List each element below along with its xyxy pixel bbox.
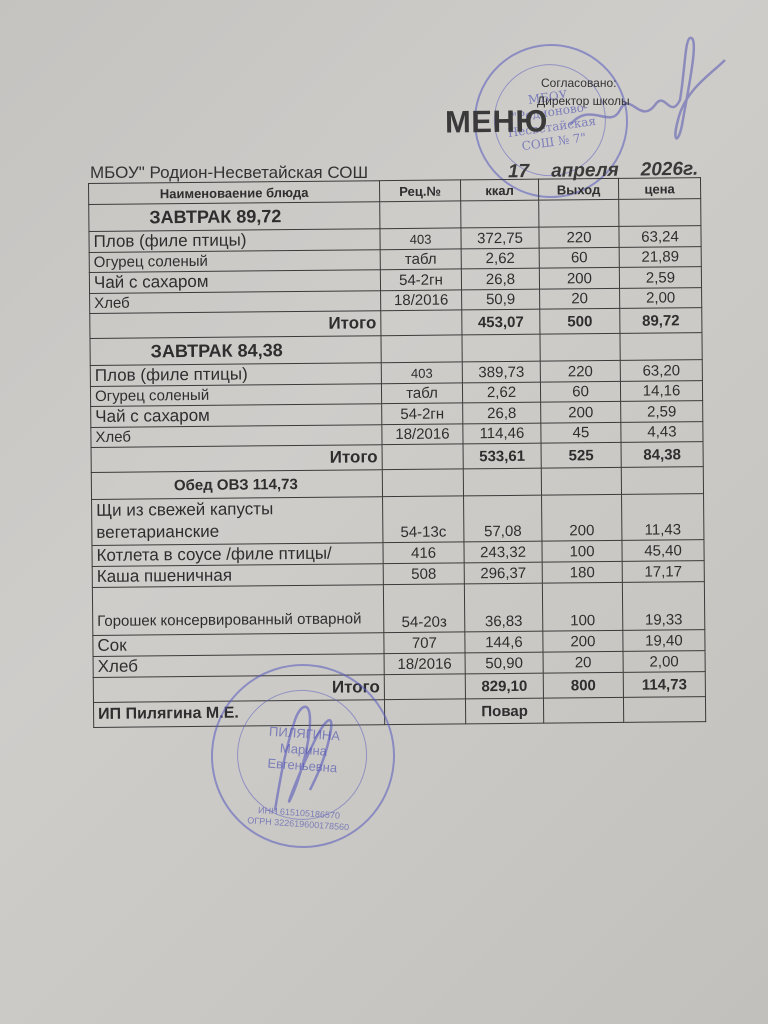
recipe-number: табл (381, 383, 462, 404)
price-value: 4,43 (621, 422, 703, 443)
recipe-number: 403 (380, 228, 461, 250)
output-value: 100 (542, 540, 622, 562)
empty-cell (541, 467, 621, 495)
stamp-inn: ИНН 615105186570 (209, 802, 389, 826)
price-value: 21,89 (619, 247, 701, 268)
empty-cell (461, 200, 539, 228)
empty-cell (382, 444, 463, 470)
kcal-value: 389,73 (462, 361, 540, 383)
total-output: 525 (541, 442, 621, 468)
stamp-line: Евгеньевна (212, 752, 393, 781)
entrepreneur-name: ИП Пилягина М.Е. (93, 700, 384, 728)
total-label: Итого (91, 445, 382, 473)
price-value: 2,00 (623, 651, 705, 673)
kcal-value: 243,32 (464, 541, 542, 563)
recipe-number: табл (380, 249, 461, 270)
output-value: 200 (542, 494, 622, 541)
menu-document: МБОУ "Родионово- Несветайская СОШ № 7" С… (0, 0, 768, 1024)
output-value: 200 (543, 630, 623, 652)
output-value: 60 (540, 381, 620, 402)
price-value: 63,24 (619, 226, 701, 248)
kcal-value: 144,6 (465, 631, 543, 653)
kcal-value: 114,46 (463, 423, 541, 444)
page-title: МЕНЮ (445, 103, 548, 140)
empty-cell (620, 333, 702, 361)
recipe-number: 416 (383, 542, 464, 564)
recipe-number: 18/2016 (384, 653, 465, 675)
total-label: Итого (90, 311, 381, 339)
footer-row: ИП Пилягина М.Е.Повар (93, 697, 705, 728)
empty-cell (623, 697, 705, 723)
kcal-value: 372,75 (461, 227, 539, 249)
dish-name: Плов (филе птицы) (90, 363, 381, 387)
recipe-number: 403 (381, 362, 462, 384)
output-value: 60 (539, 247, 619, 268)
empty-cell (381, 310, 462, 336)
dish-name: Огурец соленый (90, 384, 381, 407)
empty-cell (381, 335, 462, 363)
dish-name: Огурец соленый (89, 250, 380, 273)
approval-block: Согласовано: Директор школы (541, 74, 630, 110)
col-header-name: Наименоваение блюда (89, 181, 380, 205)
empty-cell (539, 199, 619, 227)
price-value: 45,40 (622, 540, 704, 562)
dish-name: Чай с сахаром (89, 270, 380, 294)
col-header-price: цена (618, 178, 700, 200)
dish-name: Каша пшеничная (92, 564, 383, 588)
recipe-number: 18/2016 (381, 290, 462, 311)
section-title: ЗАВТРАК 84,38 (90, 336, 381, 366)
empty-cell (382, 469, 463, 497)
col-header-output: Выход (538, 178, 618, 200)
output-value: 20 (543, 651, 623, 673)
menu-table-body: ЗАВТРАК 89,72Плов (филе птицы)403372,752… (89, 199, 706, 728)
dish-name: Хлеб (90, 291, 381, 314)
dish-name: Хлеб (91, 425, 382, 448)
total-price: 114,73 (623, 672, 705, 698)
price-value: 19,40 (623, 630, 705, 652)
price-value: 19,33 (622, 582, 704, 631)
ip-stamp-ids: ИНН 615105186570 ОГРН 322619600178560 (208, 802, 389, 837)
recipe-number: 54-2гн (380, 269, 461, 291)
menu-table: Наименоваение блюда Рец.№ ккал Выход цен… (88, 177, 706, 728)
kcal-value: 50,9 (462, 289, 540, 310)
output-value: 200 (539, 267, 619, 289)
output-value: 100 (542, 582, 622, 631)
kcal-value: 36,83 (464, 583, 542, 632)
recipe-number: 18/2016 (382, 424, 463, 445)
dish-name: Сок (93, 633, 384, 657)
price-value: 63,20 (620, 360, 702, 382)
price-value: 2,59 (621, 401, 703, 423)
kcal-value: 296,37 (464, 562, 542, 584)
output-value: 220 (539, 226, 619, 248)
table-row: Горошек консервированный отварной54-20з3… (92, 582, 704, 636)
empty-cell (462, 334, 540, 362)
price-value: 14,16 (620, 381, 702, 402)
price-value: 2,59 (619, 267, 701, 289)
output-value: 45 (541, 422, 621, 443)
recipe-number: 54-2гн (382, 403, 463, 425)
empty-cell (540, 333, 620, 361)
empty-cell (621, 467, 703, 495)
output-value: 200 (541, 401, 621, 423)
role-label: Повар (465, 698, 543, 724)
dish-name: Чай с сахаром (91, 404, 382, 428)
kcal-value: 57,08 (464, 495, 542, 542)
col-header-recipe: Рец.№ (379, 180, 460, 202)
empty-cell (384, 699, 465, 725)
price-value: 11,43 (622, 494, 704, 541)
total-kcal: 829,10 (465, 673, 543, 699)
recipe-number: 508 (383, 563, 464, 585)
total-output: 800 (543, 672, 623, 698)
output-value: 180 (542, 561, 622, 583)
stamp-line: Марина (213, 736, 394, 765)
total-label: Итого (93, 675, 384, 703)
empty-cell (619, 199, 701, 227)
stamp-ogrn: ОГРН 322619600178560 (208, 813, 388, 837)
empty-cell (543, 697, 623, 723)
empty-cell (380, 201, 461, 229)
output-value: 20 (540, 288, 620, 309)
empty-cell (463, 468, 541, 496)
dish-name: Хлеб (93, 654, 384, 678)
empty-cell (384, 674, 465, 700)
price-value: 2,00 (620, 288, 702, 309)
ip-stamp-text: ПИЛЯГИНА Марина Евгеньевна (212, 720, 395, 780)
approval-director-label: Директор школы (537, 92, 630, 110)
dish-name: Щи из свежей капусты вегетарианские (92, 497, 383, 546)
price-value: 17,17 (622, 561, 704, 583)
total-price: 89,72 (620, 308, 702, 334)
dish-name: Плов (филе птицы) (89, 229, 380, 253)
kcal-value: 2,62 (462, 382, 540, 403)
approval-label: Согласовано: (541, 74, 630, 92)
kcal-value: 26,8 (461, 268, 539, 290)
total-output: 500 (540, 308, 620, 334)
dish-name: Горошек консервированный отварной (92, 585, 383, 636)
section-title: Обед ОВЗ 114,73 (91, 470, 382, 500)
section-title: ЗАВТРАК 89,72 (89, 202, 380, 232)
output-value: 220 (540, 360, 620, 382)
table-row: Щи из свежей капусты вегетарианские54-13… (92, 494, 704, 546)
kcal-value: 50,90 (465, 652, 543, 674)
recipe-number: 54-13с (383, 496, 464, 543)
col-header-kcal: ккал (460, 179, 538, 201)
dish-name: Котлета в соусе /филе птицы/ (92, 543, 383, 567)
recipe-number: 54-20з (383, 584, 464, 633)
kcal-value: 2,62 (461, 248, 539, 269)
total-price: 84,38 (621, 442, 703, 468)
total-kcal: 453,07 (462, 309, 540, 335)
recipe-number: 707 (384, 632, 465, 654)
total-kcal: 533,61 (463, 443, 541, 469)
kcal-value: 26,8 (463, 402, 541, 424)
